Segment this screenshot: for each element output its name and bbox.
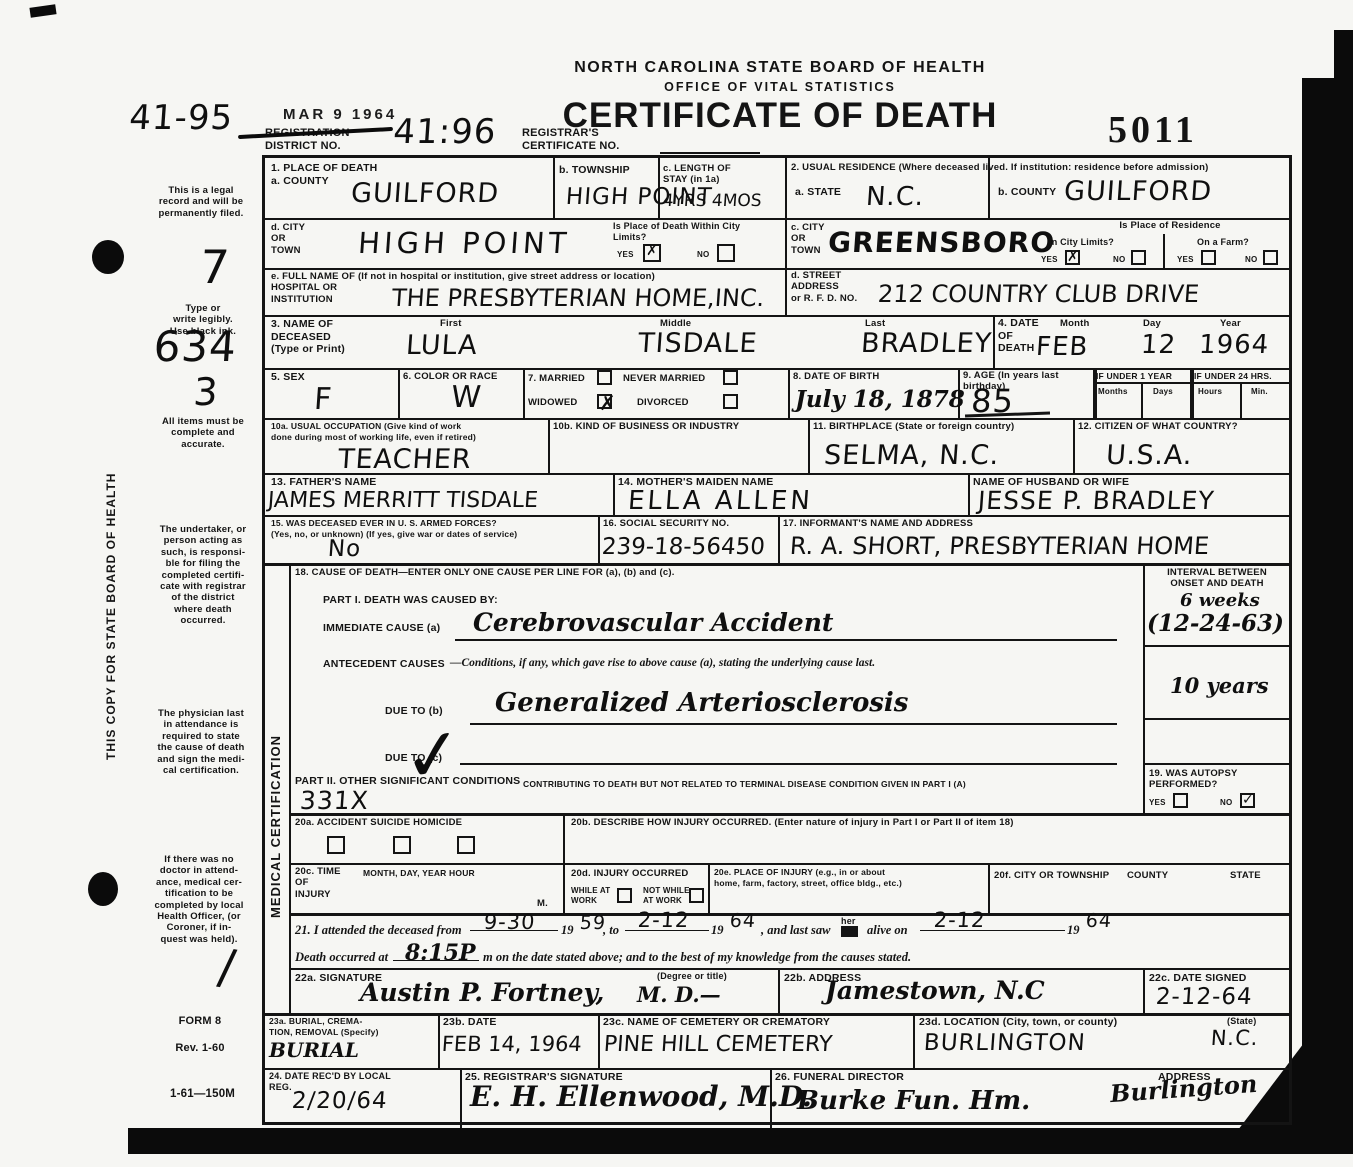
field-business-industry-label: 10b. KIND OF BUSINESS OR INDUSTRY bbox=[553, 421, 803, 432]
field-name-of-deceased-label: 3. NAME OF DECEASED (Type or Print) bbox=[271, 318, 345, 356]
attended-to-label: , to bbox=[603, 923, 619, 938]
field-residence-state-label: a. STATE bbox=[795, 186, 841, 199]
while-at-work-label: WHILE AT WORK bbox=[571, 886, 610, 906]
antecedent-description: —Conditions, if any, which gave rise to … bbox=[450, 657, 875, 669]
handwritten-7: 7 bbox=[198, 240, 232, 294]
value-last-saw-date: 2-12 bbox=[933, 908, 986, 932]
meridiem-label: M. bbox=[537, 898, 548, 909]
checkbox-accident bbox=[327, 836, 345, 854]
death-occurred-label: Death occurred at bbox=[295, 950, 388, 965]
value-armed-forces: No bbox=[327, 536, 362, 562]
org-title: NORTH CAROLINA STATE BOARD OF HEALTH bbox=[480, 58, 1080, 77]
farm-yes-label: YES bbox=[1177, 255, 1194, 265]
value-funeral-director: Burke Fun. Hm. bbox=[797, 1086, 1030, 1116]
res-limits-yes-label: YES bbox=[1041, 255, 1058, 265]
alive-on-label: alive on bbox=[867, 923, 908, 938]
print-code: 1-61—150M bbox=[170, 1088, 235, 1102]
sidebar-note-legal: This is a legal record and will be perma… bbox=[142, 185, 260, 219]
scan-mark bbox=[29, 4, 56, 18]
part1-label: PART I. DEATH WAS CAUSED BY: bbox=[323, 594, 498, 607]
checkbox-residence-limits-no bbox=[1131, 250, 1146, 265]
field-father-name-label: 13. FATHER'S NAME bbox=[271, 476, 376, 489]
field-on-a-farm-label: On a Farm? bbox=[1197, 237, 1249, 248]
under24-hours-label: Hours bbox=[1198, 387, 1222, 397]
copy-designation-vertical: THIS COPY FOR STATE BOARD OF HEALTH bbox=[104, 430, 118, 760]
value-ssn: 239-18-56450 bbox=[601, 534, 766, 560]
farm-no-label: NO bbox=[1245, 255, 1257, 265]
value-burial-location: BURLINGTON bbox=[923, 1030, 1087, 1056]
value-burial: BURIAL bbox=[269, 1038, 359, 1062]
him-label-struck: him bbox=[841, 926, 858, 937]
not-while-at-work-label: NOT WHILE AT WORK bbox=[643, 886, 690, 906]
value-birthplace: SELMA, N.C. bbox=[823, 440, 1001, 471]
year-prefix-1: 19 bbox=[561, 923, 574, 938]
org-subtitle: OFFICE OF VITAL STATISTICS bbox=[480, 80, 1080, 95]
field-funeral-director-label: 26. FUNERAL DIRECTOR bbox=[775, 1071, 904, 1084]
field-time-of-injury-label: 20c. TIME OF INJURY bbox=[295, 866, 341, 900]
death-certificate-scan: NORTH CAROLINA STATE BOARD OF HEALTH OFF… bbox=[0, 0, 1353, 1167]
value-father-name: JAMES MERRITT TISDALE bbox=[267, 488, 539, 513]
field-autopsy-label: 19. WAS AUTOPSY PERFORMED? bbox=[1149, 768, 1238, 791]
year-prefix-3: 19 bbox=[1067, 923, 1080, 938]
dod-year-label: Year bbox=[1220, 318, 1241, 329]
value-date-signed: 2-12-64 bbox=[1155, 984, 1254, 1010]
field-date-signed-label: 22c. DATE SIGNED bbox=[1149, 972, 1247, 985]
under1-days-label: Days bbox=[1153, 387, 1173, 397]
field-under-1-year-label: IF UNDER 1 YEAR bbox=[1096, 371, 1172, 382]
value-city-of-death: HIGH POINT bbox=[357, 226, 572, 260]
value-occupation: TEACHER bbox=[337, 444, 473, 475]
value-last-saw-year: 64 bbox=[1085, 910, 1113, 932]
value-county: GUILFORD bbox=[350, 178, 500, 209]
medical-certification-vertical-label: MEDICAL CERTIFICATION bbox=[268, 638, 284, 918]
checkbox-death-city-limits-no bbox=[717, 244, 735, 262]
value-immediate-cause: Cerebrovascular Accident bbox=[473, 608, 833, 637]
field-residence-county-label: b. COUNTY bbox=[998, 186, 1056, 199]
checkbox-suicide bbox=[393, 836, 411, 854]
year-prefix-2: 19 bbox=[711, 923, 724, 938]
value-attended-to-year: 64 bbox=[729, 910, 757, 932]
immediate-cause-label: IMMEDIATE CAUSE (a) bbox=[323, 622, 440, 635]
value-funeral-director-address: Burlington bbox=[1109, 1069, 1258, 1108]
field-residence-city-label: c. CITY OR TOWN bbox=[791, 222, 825, 256]
field-burial-date-label: 23b. DATE bbox=[443, 1016, 497, 1029]
name-first-label: First bbox=[440, 318, 462, 329]
injury-state-label: STATE bbox=[1230, 870, 1261, 881]
form-number: FORM 8 bbox=[150, 1015, 250, 1028]
checkbox-married bbox=[597, 370, 612, 385]
value-length-of-stay: 4YRS 4MOS bbox=[662, 191, 762, 211]
death-statement-label: m on the date stated above; and to the b… bbox=[483, 950, 911, 965]
res-limits-no-label: NO bbox=[1113, 255, 1125, 265]
value-last-name: BRADLEY bbox=[860, 328, 993, 359]
handwritten-slash: / bbox=[215, 939, 240, 997]
value-interval-b: 10 years bbox=[1170, 673, 1269, 698]
field-armed-forces-label: 15. WAS DECEASED EVER IN U. S. ARMED FOR… bbox=[271, 518, 599, 539]
field-informant-label: 17. INFORMANT'S NAME AND ADDRESS bbox=[783, 518, 973, 529]
checkbox-not-while-at-work bbox=[689, 888, 704, 903]
field-interval-label: INTERVAL BETWEEN ONSET AND DEATH bbox=[1147, 567, 1287, 590]
handwritten-3: 3 bbox=[192, 370, 220, 414]
value-mother-name: ELLA ALLEN bbox=[627, 486, 814, 516]
value-date-of-birth: July 18, 1878 bbox=[795, 386, 965, 413]
under1-months-label: Months bbox=[1098, 387, 1128, 397]
value-residence-city: GREENSBORO bbox=[827, 226, 1056, 259]
autopsy-no-label: NO bbox=[1220, 798, 1232, 808]
checkbox-divorced bbox=[723, 394, 738, 409]
field-death-city-limits-label: Is Place of Death Within City Limits? bbox=[613, 221, 783, 244]
certificate-number: 5011 bbox=[1108, 108, 1198, 152]
field-injury-occurred-label: 20d. INJURY OCCURRED bbox=[571, 868, 689, 879]
value-street-address: 212 COUNTRY CLUB DRIVE bbox=[877, 280, 1200, 308]
value-death-time: 8:15P bbox=[405, 940, 476, 966]
field-ssn-label: 16. SOCIAL SECURITY NO. bbox=[603, 518, 729, 529]
value-date-received: 2/20/64 bbox=[291, 1088, 388, 1114]
dod-month-label: Month bbox=[1060, 318, 1090, 329]
value-hospital: THE PRESBYTERIAN HOME,INC. bbox=[391, 284, 765, 312]
value-registrar-signature: E. H. Ellenwood, M.D. bbox=[470, 1080, 812, 1113]
checkbox-farm-no bbox=[1263, 250, 1278, 265]
checkbox-homicide bbox=[457, 836, 475, 854]
field-widowed-label: WIDOWED bbox=[528, 397, 577, 408]
checkbox-residence-limits-yes: ✗ bbox=[1065, 250, 1080, 265]
field-place-of-residence-label: Is Place of Residence bbox=[1055, 220, 1285, 231]
field-color-race-label: 6. COLOR OR RACE bbox=[403, 371, 498, 382]
checkbox-farm-yes bbox=[1201, 250, 1216, 265]
value-interval-a: 6 weeks bbox=[1180, 590, 1260, 611]
date-received-stamp: MAR 9 1964 bbox=[283, 106, 397, 124]
field-township-label: b. TOWNSHIP bbox=[559, 164, 630, 177]
value-citizen: U.S.A. bbox=[1105, 440, 1194, 471]
punch-hole-bottom bbox=[88, 872, 118, 906]
field-cause-of-death-label: 18. CAUSE OF DEATH—ENTER ONLY ONE CAUSE … bbox=[295, 567, 945, 578]
field-date-of-death-label: 4. DATE OF DEATH bbox=[998, 317, 1039, 355]
time-of-injury-header: MONTH, DAY, YEAR HOUR bbox=[363, 868, 475, 879]
field-never-married-label: NEVER MARRIED bbox=[623, 373, 705, 384]
sidebar-note-undertaker: The undertaker, or person acting as such… bbox=[144, 524, 262, 627]
sidebar-note-no-doctor: If there was no doctor in attend- ance, … bbox=[136, 854, 262, 945]
value-residence-county: GUILFORD bbox=[1063, 176, 1213, 207]
scan-edge-right bbox=[1302, 78, 1353, 1136]
antecedent-label: ANTECEDENT CAUSES bbox=[323, 658, 445, 671]
attended-statement-label: 21. I attended the deceased from bbox=[295, 923, 462, 938]
field-street-address-label: d. STREET ADDRESS or R. F. D. NO. bbox=[791, 270, 857, 304]
death-limits-yes-label: YES bbox=[617, 250, 634, 260]
value-residence-state: N.C. bbox=[865, 182, 925, 212]
value-physician-degree: M. D.— bbox=[637, 982, 721, 1007]
field-length-of-stay-label: c. LENGTH OF STAY (in 1a) bbox=[663, 163, 731, 186]
degree-or-title-label: (Degree or title) bbox=[657, 971, 727, 982]
handwritten-634: 634 bbox=[152, 322, 239, 371]
scan-edge-notch bbox=[1334, 30, 1353, 80]
registrar-blank-line bbox=[660, 152, 760, 154]
value-informant: R. A. SHORT, PRESBYTERIAN HOME bbox=[789, 532, 1210, 560]
sidebar-note-complete: All items must be complete and accurate. bbox=[146, 416, 260, 450]
injury-county-label: COUNTY bbox=[1127, 870, 1168, 881]
field-sex-label: 5. SEX bbox=[271, 371, 305, 384]
field-injury-city-label: 20f. CITY OR TOWNSHIP bbox=[994, 870, 1109, 881]
dod-day-label: Day bbox=[1143, 318, 1161, 329]
value-sex: F bbox=[313, 382, 334, 417]
autopsy-yes-label: YES bbox=[1149, 798, 1166, 808]
field-burial-label: 23a. BURIAL, CREMA- TION, REMOVAL (Speci… bbox=[269, 1016, 379, 1037]
checkbox-autopsy-yes bbox=[1173, 793, 1188, 808]
under24-min-label: Min. bbox=[1251, 387, 1268, 397]
field-place-of-injury-label: 20e. PLACE OF INJURY (e.g., in or about … bbox=[714, 867, 986, 888]
field-accident-suicide-homicide-label: 20a. ACCIDENT SUICIDE HOMICIDE bbox=[295, 817, 462, 828]
field-citizen-label: 12. CITIZEN OF WHAT COUNTRY? bbox=[1078, 421, 1288, 432]
checkbox-autopsy-no: ✓ bbox=[1240, 793, 1255, 808]
checkbox-while-at-work bbox=[617, 888, 632, 903]
field-usual-residence-label: 2. USUAL RESIDENCE (Where deceased lived… bbox=[791, 162, 1287, 173]
field-describe-injury-label: 20b. DESCRIBE HOW INJURY OCCURRED. (Ente… bbox=[571, 817, 1271, 828]
value-death-year: 1964 bbox=[1198, 330, 1270, 360]
field-married-label: 7. MARRIED bbox=[528, 373, 585, 384]
field-burial-location-label: 23d. LOCATION (City, town, or county) bbox=[919, 1016, 1117, 1029]
value-burial-state: N.C. bbox=[1210, 1026, 1259, 1050]
sidebar-note-physician: The physician last in attendance is requ… bbox=[140, 708, 262, 776]
registration-district-value: 41:96 bbox=[392, 112, 498, 152]
death-limits-no-label: NO bbox=[697, 250, 709, 260]
value-middle-name: TISDALE bbox=[637, 328, 759, 359]
checkbox-never-married bbox=[723, 370, 738, 385]
last-saw-label: , and last saw bbox=[761, 923, 830, 938]
scan-edge-bottom bbox=[128, 1128, 1353, 1154]
value-due-to-b: Generalized Arteriosclerosis bbox=[495, 688, 908, 718]
value-physician-address: Jamestown, N.C bbox=[825, 976, 1045, 1005]
value-burial-date: FEB 14, 1964 bbox=[441, 1032, 583, 1056]
value-death-month: FEB bbox=[1035, 332, 1089, 362]
value-part2-code: 331X bbox=[299, 786, 370, 815]
value-race: W bbox=[450, 380, 483, 415]
penciled-file-number: 41-95 bbox=[128, 98, 235, 138]
field-under-24-hrs-label: IF UNDER 24 HRS. bbox=[1194, 371, 1272, 382]
value-attended-to: 2-12 bbox=[637, 908, 690, 932]
checkbox-death-city-limits-yes: ✗ bbox=[643, 244, 661, 262]
punch-hole-top bbox=[92, 240, 124, 274]
field-occupation-label: 10a. USUAL OCCUPATION (Give kind of work… bbox=[271, 421, 546, 442]
value-physician-signature: Austin P. Fortney, bbox=[360, 978, 604, 1007]
value-death-day: 12 bbox=[1140, 330, 1177, 360]
value-cemetery: PINE HILL CEMETERY bbox=[603, 1032, 833, 1057]
field-birthplace-label: 11. BIRTHPLACE (State or foreign country… bbox=[813, 421, 1068, 432]
value-first-name: LULA bbox=[405, 330, 479, 361]
part2-description: CONTRIBUTING TO DEATH BUT NOT RELATED TO… bbox=[523, 779, 1133, 790]
value-interval-a-date: (12-24-63) bbox=[1147, 610, 1284, 637]
field-city-or-town-label: d. CITY OR TOWN bbox=[271, 222, 305, 256]
field-cemetery-label: 23c. NAME OF CEMETERY OR CREMATORY bbox=[603, 1016, 830, 1029]
checkbox-widowed: ✗ bbox=[597, 394, 612, 409]
field-in-city-limits-label: In City Limits? bbox=[1049, 237, 1114, 248]
field-date-of-birth-label: 8. DATE OF BIRTH bbox=[793, 371, 879, 382]
registrars-certificate-label: REGISTRAR'S CERTIFICATE NO. bbox=[522, 127, 620, 153]
certificate-form: 1. PLACE OF DEATH a. COUNTY GUILFORD b. … bbox=[262, 155, 1292, 1125]
form-revision: Rev. 1-60 bbox=[150, 1042, 250, 1055]
value-spouse-name: JESSE P. BRADLEY bbox=[977, 486, 1216, 515]
field-divorced-label: DIVORCED bbox=[637, 397, 689, 408]
